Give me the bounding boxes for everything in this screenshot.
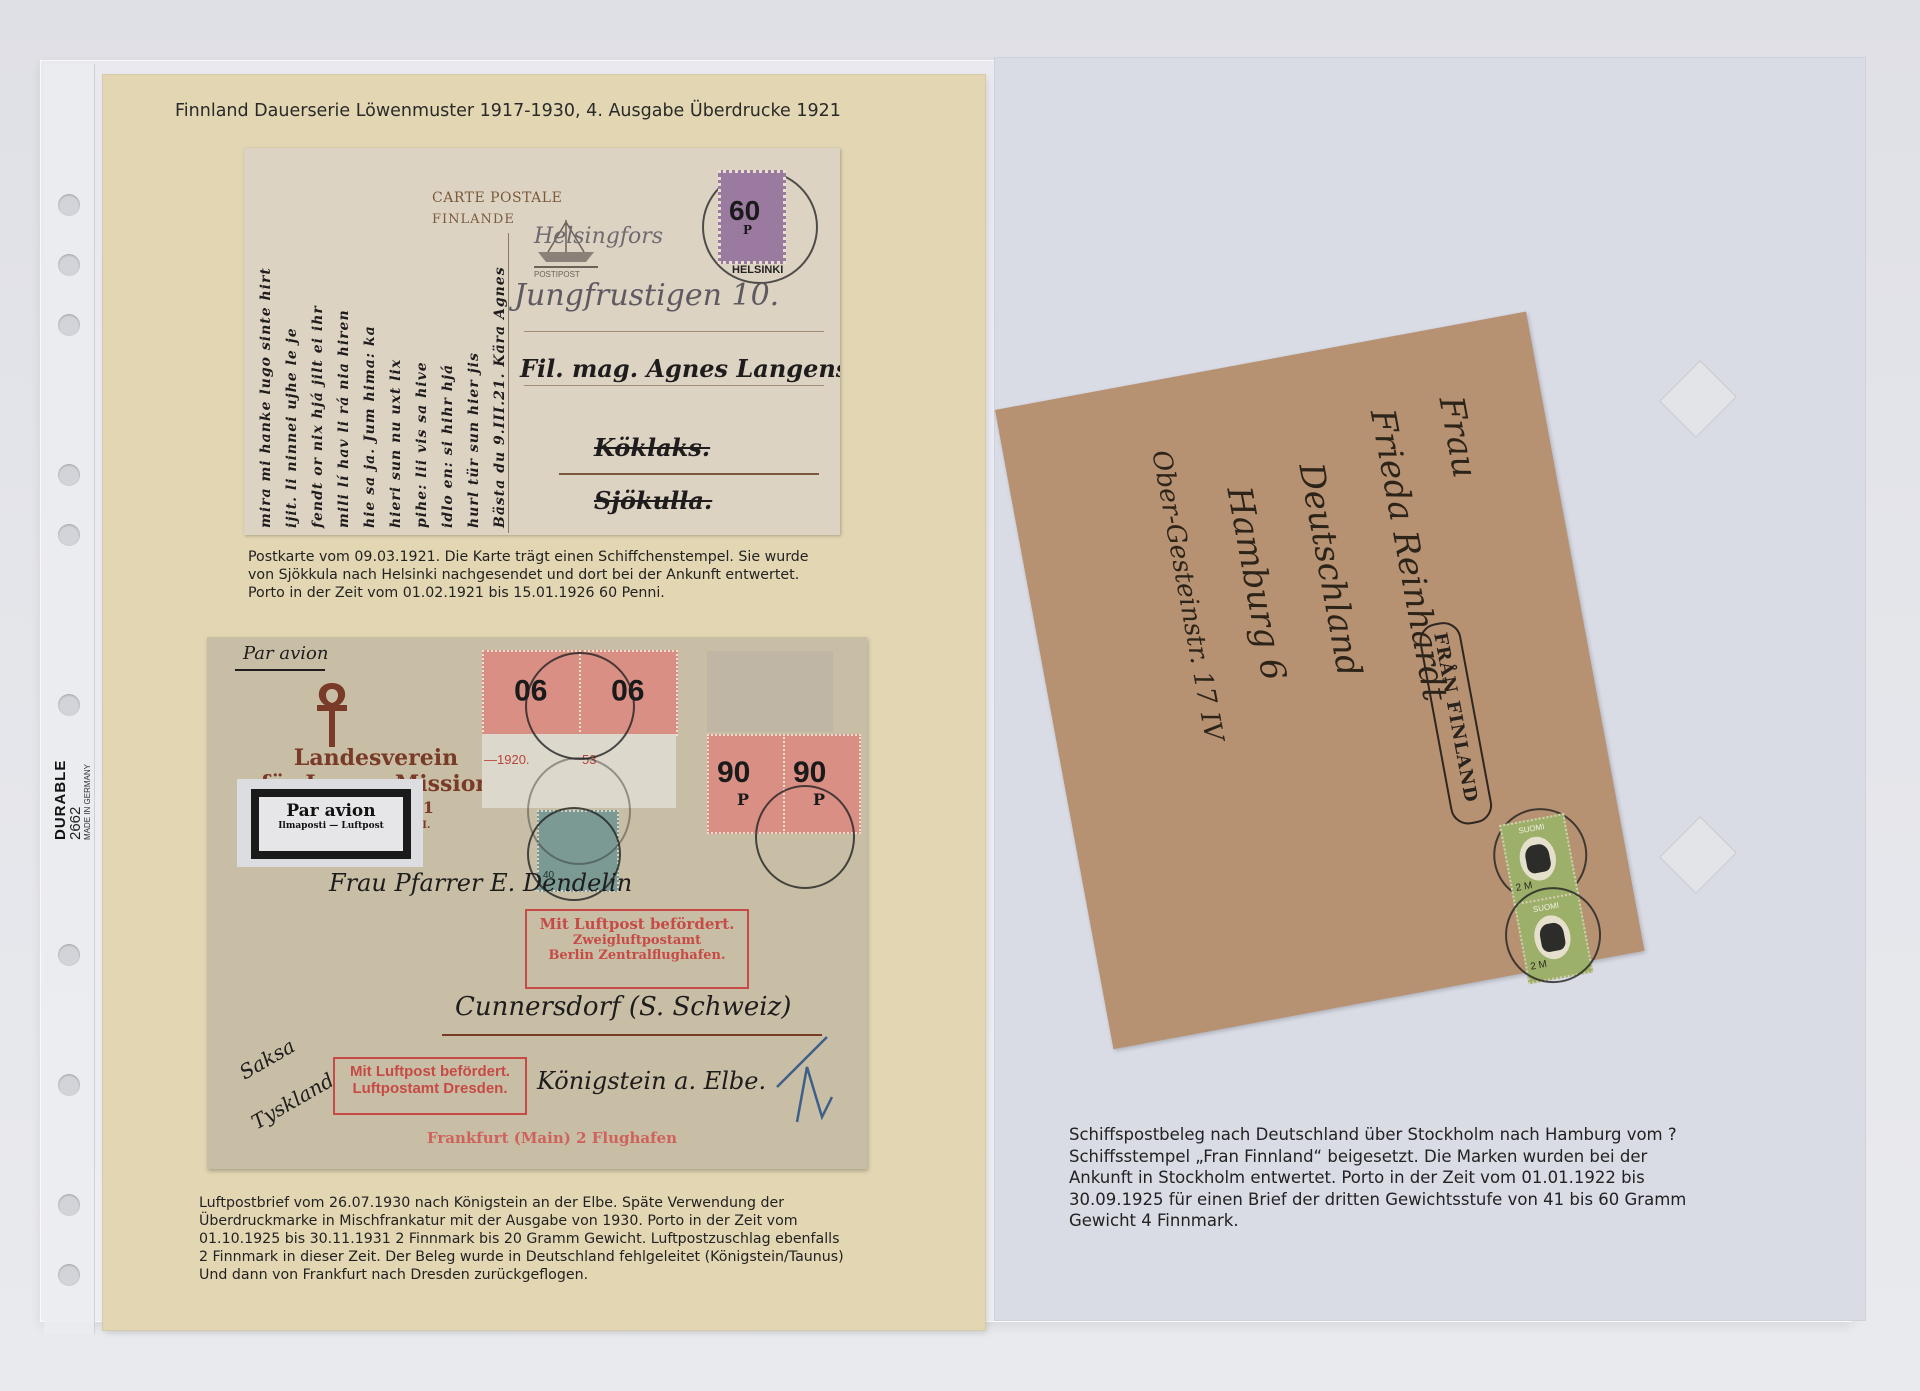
address-line: Deutschland <box>1290 460 1369 680</box>
mission-cross-icon <box>307 679 357 749</box>
stamp-overprint: 90 <box>717 756 750 790</box>
cachet-line: Berlin Zentralflughafen. <box>527 948 747 963</box>
address-line: Ober-Gesteinstr. 17 IV <box>1145 448 1228 744</box>
sheet-margin <box>707 651 833 732</box>
recipient-line: Königstein a. Elbe. <box>537 1067 766 1095</box>
caption-line: Postkarte vom 09.03.1921. Die Karte träg… <box>248 548 809 566</box>
brand-origin: MADE IN GERMANY <box>83 720 92 840</box>
binder-strip <box>44 64 95 1334</box>
cachet-line: Luftpostamt Dresden. <box>335 1080 525 1097</box>
punch-hole <box>58 694 80 716</box>
punch-hole <box>58 464 80 486</box>
punch-hole <box>58 1194 80 1216</box>
selvage-year: —1920. <box>484 752 530 767</box>
punch-hole <box>58 254 80 276</box>
address-rule <box>524 331 824 332</box>
punch-hole <box>58 1264 80 1286</box>
cachet-berlin: Mit Luftpost befördert. Zweigluftpostamt… <box>525 909 749 989</box>
postmark-cancel <box>755 785 855 889</box>
org-line: Landesverein <box>251 745 501 771</box>
stamp-country: SUOMI <box>1518 822 1545 836</box>
cachet-line: Mit Luftpost befördert. <box>335 1063 525 1080</box>
sleeve-brand-label: DURABLE 2662 MADE IN GERMANY <box>52 720 92 840</box>
brand-model: 2662 <box>69 720 83 840</box>
address-line: Fil. mag. Agnes Langenskjöld. <box>520 354 840 383</box>
punch-hole <box>58 944 80 966</box>
cachet-frankfurt: Frankfurt (Main) 2 Flughafen <box>427 1129 677 1147</box>
par-avion-label: Par avion Ilmaposti — Luftpost <box>237 779 423 867</box>
caption-line: Luftpostbrief vom 26.07.1930 nach Königs… <box>199 1194 844 1212</box>
airmail-caption: Luftpostbrief vom 26.07.1930 nach Königs… <box>199 1194 844 1284</box>
address-line: Hamburg 6 <box>1218 483 1293 683</box>
postcard: mira mi hanke lugo sinte hirt ijit. li n… <box>244 148 840 535</box>
postcard-divider <box>508 233 509 533</box>
caption-line: Porto in der Zeit vom 01.02.1921 bis 15.… <box>248 584 809 602</box>
stamp-unit: P <box>743 223 752 237</box>
address-rule <box>524 385 824 386</box>
caption-line: 01.10.1925 bis 30.11.1931 2 Finnmark bis… <box>199 1230 844 1248</box>
caption-line: Überdruckmarke in Mischfrankatur mit der… <box>199 1212 844 1230</box>
fran-finland-cachet: FRÅN FINLAND <box>1417 619 1495 827</box>
punch-hole <box>58 524 80 546</box>
caption-line: Und dann von Frankfurt nach Dresden zurü… <box>199 1266 844 1284</box>
punch-hole <box>58 1074 80 1096</box>
address-line: Sjökulla. <box>594 486 712 515</box>
cachet-line: Zweigluftpostamt <box>527 933 747 948</box>
page-title: Finnland Dauerserie Löwenmuster 1917-193… <box>175 101 841 121</box>
stamp-60p: 60 P <box>718 170 786 264</box>
caption-line: Schiffspostbeleg nach Deutschland über S… <box>1069 1124 1686 1146</box>
caption-line: von Sjökkula nach Helsinki nachgesendet … <box>248 566 809 584</box>
caption-line: Ankunft in Stockholm entwertet. Porto in… <box>1069 1167 1686 1189</box>
caption-line: 30.09.1925 für einen Brief der dritten G… <box>1069 1189 1686 1211</box>
caption-line: Schiffsstempel „Fran Finnland“ beigesetz… <box>1069 1146 1686 1168</box>
address-line: Frau <box>1431 393 1485 481</box>
sea-mail-caption: Schiffspostbeleg nach Deutschland über S… <box>1069 1124 1686 1232</box>
handwritten-par-avion: Par avion <box>243 643 328 664</box>
punch-hole <box>58 194 80 216</box>
stamp-unit: P <box>737 790 749 809</box>
address-line: Köklaks. <box>594 433 710 462</box>
address-rule <box>442 1034 822 1036</box>
handwritten-side: Saksa <box>235 1034 299 1085</box>
caption-line: 2 Finnmark in dieser Zeit. Der Beleg wur… <box>199 1248 844 1266</box>
caption-line: Gewicht 4 Finnmark. <box>1069 1210 1686 1232</box>
cachet-dresden: Mit Luftpost befördert. Luftpostamt Dres… <box>333 1057 527 1115</box>
underline <box>235 669 325 671</box>
cachet-text: FRÅN FINLAND <box>1429 631 1481 805</box>
cachet-line: Mit Luftpost befördert. <box>527 915 747 933</box>
airmail-cover: Par avion Landesverein für Innere Missio… <box>207 637 867 1169</box>
label-title: Par avion <box>259 801 403 821</box>
postmark-text: HELSINKI <box>732 264 783 276</box>
postcard-header: CARTE POSTALE <box>432 190 562 206</box>
handwritten-side: Tyskland <box>247 1068 338 1134</box>
postmark-cancel <box>525 652 635 760</box>
recipient-line: Cunnersdorf (S. Schweiz) <box>455 992 791 1022</box>
postcard-header-country: FINLANDE <box>432 212 515 227</box>
address-line: Jungfrustigen 10. <box>514 278 779 313</box>
address-line: Helsingfors <box>534 224 663 249</box>
punch-hole <box>58 314 80 336</box>
blue-crayon-mark <box>767 1027 837 1137</box>
recipient-line: Frau Pfarrer E. Dendelin <box>329 869 632 897</box>
label-subtitle: Ilmaposti — Luftpost <box>259 821 403 831</box>
address-rule <box>559 473 819 475</box>
postcard-caption: Postkarte vom 09.03.1921. Die Karte träg… <box>248 548 809 602</box>
